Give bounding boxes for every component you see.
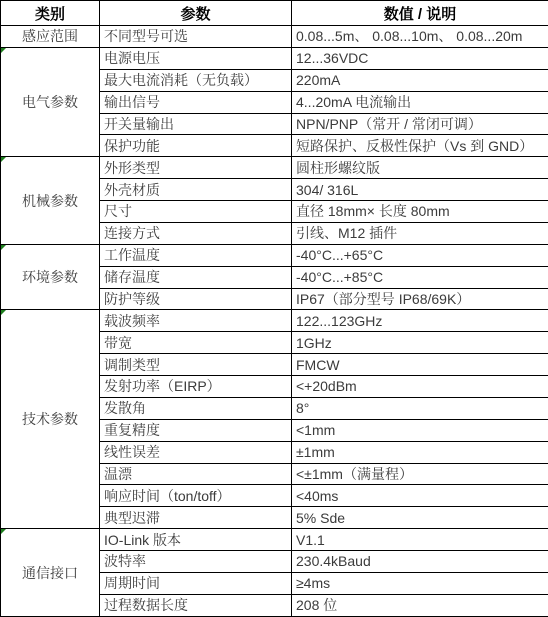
- table-row: 环境参数工作温度-40°C...+65°C: [1, 244, 548, 266]
- value-cell: 304/ 316L: [292, 179, 548, 201]
- table-row: 感应范围不同型号可选0.08...5m、 0.08...10m、 0.08...…: [1, 26, 548, 48]
- excel-error-flag-icon: [1, 310, 6, 315]
- param-cell: 发射功率（EIRP）: [100, 376, 292, 398]
- value-cell: 230.4kBaud: [292, 551, 548, 573]
- value-cell: 引线、M12 插件: [292, 222, 548, 244]
- param-cell: 电源电压: [100, 47, 292, 69]
- value-cell: 122...123GHz: [292, 310, 548, 332]
- value-cell: <±1mm（满量程）: [292, 463, 548, 485]
- value-cell: <1mm: [292, 419, 548, 441]
- category-cell: 技术参数: [1, 310, 100, 529]
- param-cell: 防护等级: [100, 288, 292, 310]
- param-cell: 典型迟滞: [100, 507, 292, 529]
- param-cell: 线性误差: [100, 441, 292, 463]
- table-row: 通信接口IO-Link 版本V1.1: [1, 529, 548, 551]
- param-cell: 外壳材质: [100, 179, 292, 201]
- value-cell: 直径 18mm× 长度 80mm: [292, 201, 548, 223]
- category-label: 技术参数: [22, 411, 78, 427]
- param-cell: 开关量输出: [100, 113, 292, 135]
- param-cell: 尺寸: [100, 201, 292, 223]
- excel-error-flag-icon: [1, 529, 6, 534]
- value-cell: -40°C...+65°C: [292, 244, 548, 266]
- param-cell: 最大电流消耗（无负载）: [100, 69, 292, 91]
- category-label: 通信接口: [22, 565, 78, 581]
- header-row: 类别 参数 数值 / 说明: [1, 1, 548, 26]
- value-cell: 12...36VDC: [292, 47, 548, 69]
- category-label: 电气参数: [22, 94, 78, 110]
- value-cell: V1.1: [292, 529, 548, 551]
- excel-error-flag-icon: [1, 245, 6, 250]
- param-cell: 工作温度: [100, 244, 292, 266]
- category-cell: 环境参数: [1, 244, 100, 310]
- param-cell: 响应时间（ton/toff）: [100, 485, 292, 507]
- table-header: 类别 参数 数值 / 说明: [1, 1, 548, 26]
- category-cell: 感应范围: [1, 26, 100, 48]
- excel-error-flag-icon: [1, 48, 6, 53]
- param-cell: 输出信号: [100, 91, 292, 113]
- table-row: 机械参数外形类型圆柱形螺纹版: [1, 157, 548, 179]
- value-cell: 8°: [292, 397, 548, 419]
- param-cell: IO-Link 版本: [100, 529, 292, 551]
- value-cell: IP67（部分型号 IP68/69K）: [292, 288, 548, 310]
- value-cell: 208 位: [292, 594, 548, 616]
- header-col-parameter: 参数: [100, 1, 292, 26]
- header-col-value: 数值 / 说明: [292, 1, 548, 26]
- category-label: 感应范围: [22, 28, 78, 44]
- spec-table-body: 感应范围不同型号可选0.08...5m、 0.08...10m、 0.08...…: [1, 26, 548, 617]
- param-cell: 重复精度: [100, 419, 292, 441]
- value-cell: FMCW: [292, 354, 548, 376]
- spec-table: 类别 参数 数值 / 说明 感应范围不同型号可选0.08...5m、 0.08.…: [0, 0, 548, 617]
- param-cell: 过程数据长度: [100, 594, 292, 616]
- param-cell: 调制类型: [100, 354, 292, 376]
- param-cell: 保护功能: [100, 135, 292, 157]
- category-cell: 电气参数: [1, 47, 100, 156]
- value-cell: 220mA: [292, 69, 548, 91]
- value-cell: NPN/PNP（常开 / 常闭可调）: [292, 113, 548, 135]
- value-cell: 0.08...5m、 0.08...10m、 0.08...20m: [292, 26, 548, 48]
- param-cell: 连接方式: [100, 222, 292, 244]
- param-cell: 发散角: [100, 397, 292, 419]
- category-cell: 通信接口: [1, 529, 100, 617]
- param-cell: 载波频率: [100, 310, 292, 332]
- value-cell: 短路保护、反极性保护（Vs 到 GND）: [292, 135, 548, 157]
- header-col-category: 类别: [1, 1, 100, 26]
- excel-error-flag-icon: [1, 157, 6, 162]
- param-cell: 波特率: [100, 551, 292, 573]
- value-cell: 5% Sde: [292, 507, 548, 529]
- category-label: 环境参数: [22, 269, 78, 285]
- param-cell: 带宽: [100, 332, 292, 354]
- value-cell: ±1mm: [292, 441, 548, 463]
- value-cell: <+20dBm: [292, 376, 548, 398]
- category-label: 机械参数: [22, 193, 78, 209]
- param-cell: 外形类型: [100, 157, 292, 179]
- param-cell: 储存温度: [100, 266, 292, 288]
- param-cell: 温漂: [100, 463, 292, 485]
- value-cell: <40ms: [292, 485, 548, 507]
- value-cell: 1GHz: [292, 332, 548, 354]
- value-cell: -40°C...+85°C: [292, 266, 548, 288]
- category-cell: 机械参数: [1, 157, 100, 245]
- param-cell: 不同型号可选: [100, 26, 292, 48]
- value-cell: ≥4ms: [292, 572, 548, 594]
- param-cell: 周期时间: [100, 572, 292, 594]
- value-cell: 圆柱形螺纹版: [292, 157, 548, 179]
- table-row: 电气参数电源电压12...36VDC: [1, 47, 548, 69]
- value-cell: 4...20mA 电流输出: [292, 91, 548, 113]
- table-row: 技术参数载波频率122...123GHz: [1, 310, 548, 332]
